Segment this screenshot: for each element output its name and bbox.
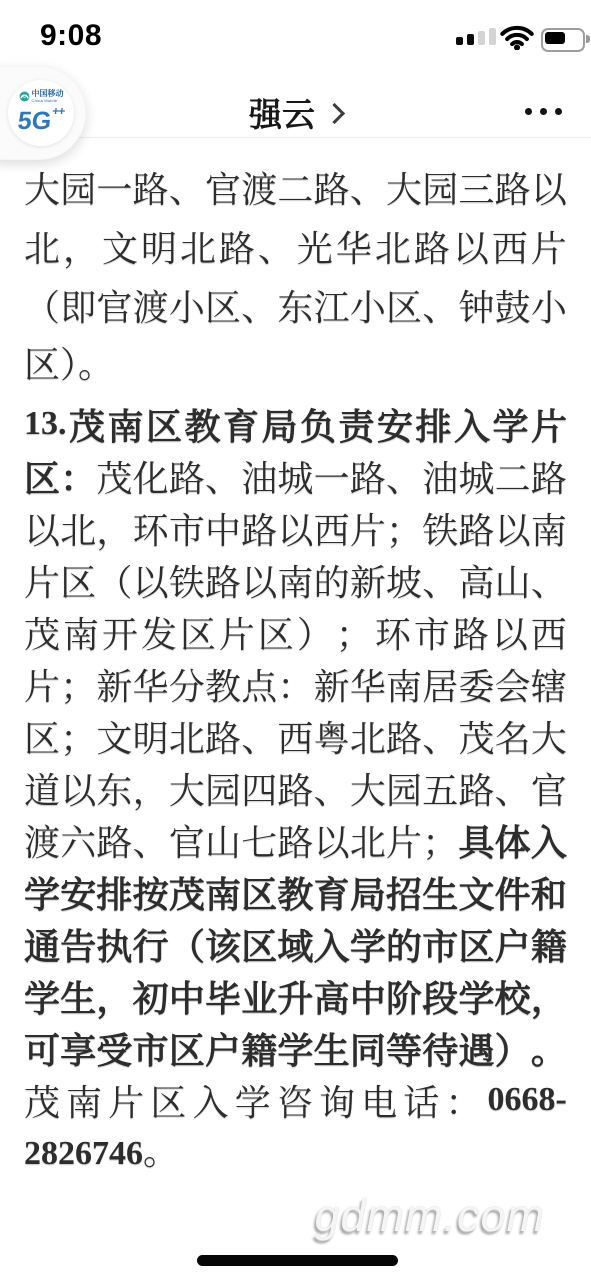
watermark-text: gdmm.com bbox=[314, 1190, 545, 1242]
text-line: （即官渡小区、东江小区、钟鼓小 bbox=[24, 276, 567, 335]
ellipsis-dot bbox=[525, 108, 532, 115]
text-line: 北，文明北路、光华北路以西片 bbox=[24, 217, 567, 276]
text-line: 以北，环市中路以西片；铁路以南 bbox=[24, 502, 567, 554]
ellipsis-dot bbox=[555, 108, 562, 115]
page-title: 强云 bbox=[249, 89, 315, 136]
para-1: 大园一路、官渡二路、大园三路以北，文明北路、光华北路以西片（即官渡小区、东江小区… bbox=[24, 158, 567, 394]
text-line: 区：茂化路、油城一路、油城二路 bbox=[24, 450, 567, 502]
text-line: 区；文明北路、西粤北路、茂名大 bbox=[24, 710, 567, 762]
text-line: 道以东，大园四路、大园五路、官 bbox=[24, 762, 567, 814]
china-mobile-logo-icon bbox=[19, 91, 30, 102]
signal-bar bbox=[478, 31, 485, 45]
text-line: 13.茂南区教育局负责安排入学片 bbox=[24, 398, 567, 450]
more-menu-button[interactable] bbox=[525, 108, 562, 115]
phone-screen: 9:08 强云 bbox=[0, 0, 591, 1280]
signal-bar bbox=[489, 28, 496, 45]
text-line: 通告执行（该区域入学的市区户籍 bbox=[24, 918, 567, 970]
text-line: 区）。 bbox=[24, 335, 567, 394]
china-mobile-5g-badge[interactable]: 中国移动 China Mobile 5G++ bbox=[0, 66, 86, 160]
cellular-signal-icon bbox=[456, 27, 496, 45]
text-line: 学安排按茂南区教育局招生文件和 bbox=[24, 866, 567, 918]
battery-fill bbox=[545, 32, 565, 44]
clock-label: 9:08 bbox=[38, 19, 104, 53]
signal-bar bbox=[467, 34, 474, 45]
chevron-right-icon bbox=[324, 102, 345, 123]
carrier-logo-row: 中国移动 China Mobile bbox=[19, 90, 64, 103]
text-line: 片区（以铁路以南的新坡、高山、 bbox=[24, 554, 567, 606]
text-line: 茂南开发区片区）；环市路以西 bbox=[24, 606, 567, 658]
carrier-name-en: China Mobile bbox=[32, 99, 64, 103]
nav-divider bbox=[0, 137, 591, 138]
signal-bar bbox=[456, 37, 463, 45]
text-line: 2826746。 bbox=[24, 1126, 567, 1178]
text-line: 大园一路、官渡二路、大园三路以 bbox=[24, 158, 567, 217]
account-title-button[interactable]: 强云 bbox=[0, 86, 591, 138]
battery-icon bbox=[541, 28, 585, 52]
para-2: 13.茂南区教育局负责安排入学片区：茂化路、油城一路、油城二路以北，环市中路以西… bbox=[24, 398, 567, 1178]
text-line: 可享受市区户籍学生同等待遇）。 bbox=[24, 1022, 567, 1074]
5g-label: 5G++ bbox=[17, 104, 66, 136]
text-line: 渡六路、官山七路以北片；具体入 bbox=[24, 814, 567, 866]
home-indicator[interactable] bbox=[197, 1255, 398, 1266]
nav-bar: 强云 bbox=[0, 86, 591, 138]
carrier-badge-disc: 中国移动 China Mobile 5G++ bbox=[8, 80, 74, 146]
text-line: 茂南片区入学咨询电话：0668- bbox=[24, 1074, 567, 1126]
battery-nub bbox=[586, 35, 590, 43]
text-line: 片；新华分教点：新华南居委会辖 bbox=[24, 658, 567, 710]
text-line: 学生，初中毕业升高中阶段学校， bbox=[24, 970, 567, 1022]
wifi-icon bbox=[500, 25, 534, 50]
ellipsis-dot bbox=[540, 108, 547, 115]
